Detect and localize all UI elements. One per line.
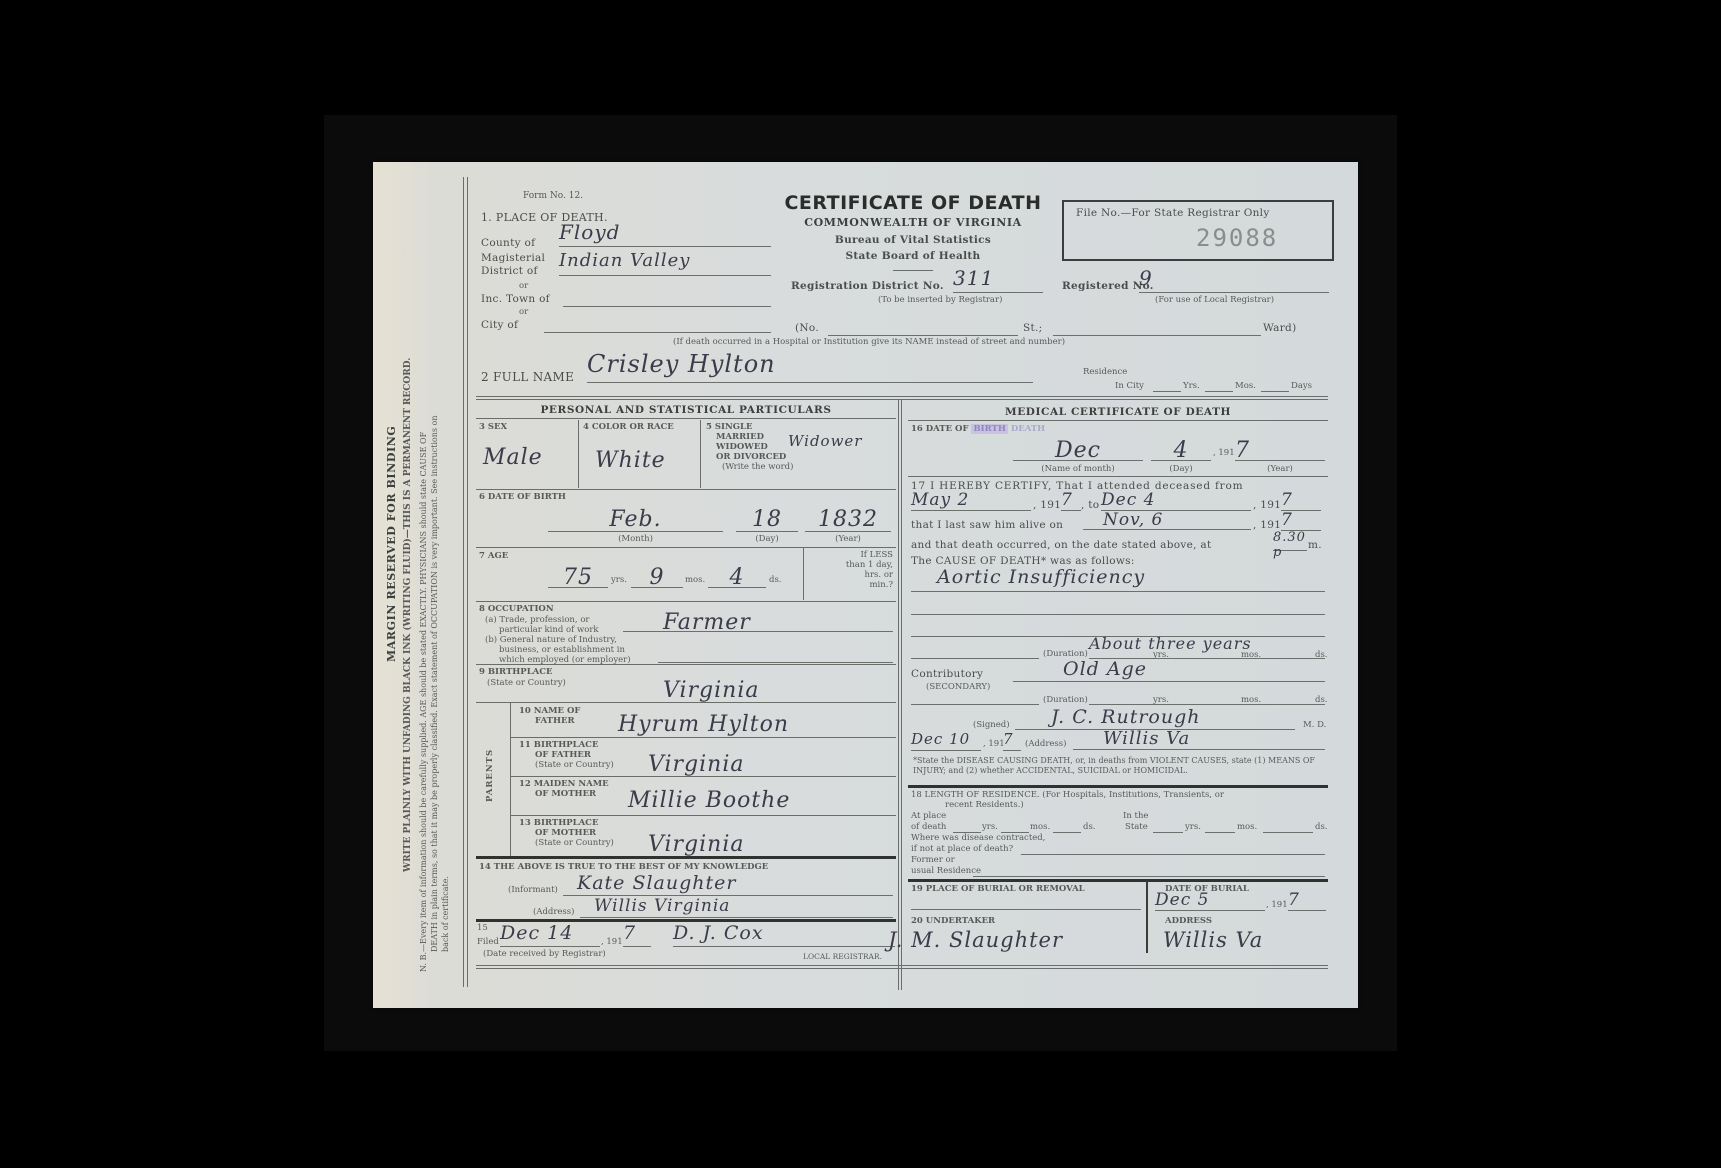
street-st-label: St.; [1023, 322, 1043, 334]
rule-name-bottom [476, 396, 1328, 397]
rule-medical-heading [908, 420, 1328, 421]
age-ds-label: ds. [769, 575, 782, 585]
duration-field[interactable]: About three years [1089, 634, 1325, 659]
marital-status-field[interactable]: Widower [788, 432, 862, 450]
registration-district-note: (To be inserted by Registrar) [878, 295, 1002, 305]
residence-days-label: Days [1291, 381, 1312, 391]
mother-birthplace-label3: (State or Country) [519, 838, 614, 848]
file-number-value: 29088 [1196, 224, 1278, 252]
margin-reserved-text: MARGIN RESERVED FOR BINDING [385, 426, 398, 662]
district-field[interactable]: Indian Valley [559, 250, 771, 276]
age-less-than-day: If LESS than 1 day, hrs. or min.? [809, 550, 893, 590]
dod-day-field[interactable]: 4 [1151, 438, 1211, 461]
place-ds-field[interactable] [1053, 822, 1081, 833]
where-contracted-label2: if not at place of death? [911, 844, 1013, 854]
dob-day-note: (Day) [736, 534, 798, 544]
magisterial-label: Magisterial [481, 252, 545, 264]
filed-year-prefix: , 191 [601, 937, 623, 947]
rule-residence-bottom [908, 879, 1328, 882]
occupation-label: 8 OCCUPATION [479, 604, 554, 614]
dob-year-note: (Year) [805, 534, 891, 544]
less-hrs: hrs. or [809, 570, 893, 580]
former-residence-field[interactable] [973, 866, 1325, 877]
town-label: Inc. Town of [481, 293, 550, 305]
registration-district-label: Registration District No. [791, 280, 944, 292]
mother-name-label: 12 MAIDEN NAME OF MOTHER [519, 779, 609, 799]
filed-label: Filed [477, 937, 499, 947]
sex-field[interactable]: Male [483, 445, 543, 470]
full-name-field[interactable]: Crisley Hylton [587, 350, 1033, 383]
marital-status-options: 5 SINGLE MARRIED WIDOWED OR DIVORCED (Wr… [706, 422, 793, 472]
street-no-label: (No. [795, 322, 819, 334]
contributory-label: Contributory [911, 668, 983, 680]
place-ds: ds. [1083, 822, 1096, 832]
dod-month-note: (Name of month) [1013, 464, 1143, 474]
state-yrs: yrs. [1185, 822, 1201, 832]
father-birthplace-label1: 11 BIRTHPLACE [519, 740, 614, 750]
certificate-title: CERTIFICATE OF DEATH [783, 192, 1043, 214]
death-time-field[interactable]: 8.30 p [1273, 530, 1307, 551]
mother-name-field[interactable]: Millie Boothe [628, 788, 790, 813]
signed-label: (Signed) [973, 720, 1010, 730]
occupation-b-line1: (b) General nature of Industry, [485, 635, 631, 645]
age-yrs-label: yrs. [611, 575, 627, 585]
father-birthplace-label3: (State or Country) [519, 760, 614, 770]
rule-bottom [476, 965, 1328, 966]
dob-day-field[interactable]: 18 [736, 507, 798, 532]
occupation-a-text: (a) Trade, profession, or particular kin… [485, 615, 631, 665]
rule-mother-name [511, 815, 896, 816]
in-city-label: In City [1115, 381, 1144, 391]
parents-divider [510, 703, 511, 858]
dod-year-note: (Year) [1235, 464, 1325, 474]
rule-birthplace-bottom [476, 702, 896, 703]
residence-yrs-field[interactable] [1205, 381, 1233, 392]
city-label: City of [481, 319, 518, 331]
occupation-a-line2: particular kind of work [485, 625, 631, 635]
duration2-ds: ds. [1315, 695, 1328, 705]
mother-birthplace-field[interactable]: Virginia [648, 832, 745, 857]
burial-date-field[interactable]: Dec 5 [1155, 890, 1265, 911]
age-less-divider [803, 548, 804, 600]
burial-place-label: 19 PLACE OF BURIAL OR REMOVAL [911, 884, 1085, 894]
registered-no-note: (For use of Local Registrar) [1155, 295, 1274, 305]
rule-footnote-bottom [908, 785, 1328, 788]
residence-label: Residence [1083, 367, 1127, 377]
signed-year-field[interactable]: 7 [1003, 730, 1021, 751]
city-field[interactable] [544, 318, 771, 333]
cause-of-death-line2[interactable] [911, 592, 1325, 615]
ward-label: Ward) [1263, 322, 1296, 334]
county-label: County of [481, 237, 535, 249]
mother-birthplace-label1: 13 BIRTHPLACE [519, 818, 614, 828]
file-number-box: File No.—For State Registrar Only 29088 [1062, 200, 1334, 261]
in-the-label: In the [1123, 811, 1148, 821]
margin-rule-2 [467, 177, 468, 987]
former-residence-label: Former or [911, 855, 955, 865]
dod-label-text: 16 DATE OF [911, 424, 969, 434]
burial-divider [1146, 881, 1148, 953]
to-year-prefix: , 191 [1253, 499, 1281, 511]
undertaker-field[interactable]: J. M. Slaughter [888, 928, 1063, 952]
birth-stamp-strikeout: BIRTH [971, 424, 1007, 434]
dob-month-field[interactable]: Feb. [548, 507, 723, 532]
dob-year-field[interactable]: 1832 [805, 507, 891, 532]
burial-place-field[interactable] [911, 897, 1141, 910]
father-birthplace-label: 11 BIRTHPLACE OF FATHER (State or Countr… [519, 740, 614, 770]
informant-address-field[interactable]: Willis Virginia [580, 896, 893, 918]
last-saw-label: that I last saw him alive on [911, 519, 1063, 531]
father-name-label: 10 NAME OF FATHER [519, 706, 580, 726]
place-yrs-field[interactable] [953, 822, 981, 833]
former-residence-label2: usual Residence [911, 866, 981, 876]
rule-occupation-bottom [476, 664, 896, 665]
death-time-m: m. [1308, 539, 1322, 551]
ward-field[interactable] [1053, 322, 1261, 336]
place-yrs: yrs. [982, 822, 998, 832]
state-ds-field[interactable] [1263, 822, 1313, 833]
cause-footnote: *State the DISEASE CAUSING DEATH, or, in… [913, 756, 1325, 776]
informant-address-label: (Address) [533, 907, 574, 917]
death-certificate: MARGIN RESERVED FOR BINDING WRITE PLAINL… [373, 162, 1358, 1008]
nb-text-line1: N. B.—Every item of information should b… [419, 432, 428, 972]
dod-month-field[interactable]: Dec [1013, 438, 1143, 461]
option-widowed: WIDOWED [706, 442, 793, 452]
from-year-prefix: , 191 [1033, 499, 1061, 511]
or-text-1: or [519, 281, 528, 291]
hospital-note: (If death occurred in a Hospital or Inst… [673, 337, 1065, 347]
column-divider [898, 400, 899, 990]
rule-parents-bottom [476, 856, 896, 859]
filed-date-field[interactable]: Dec 14 [500, 922, 600, 947]
state-yrs-field[interactable] [1153, 822, 1183, 833]
full-name-label: 2 FULL NAME [481, 370, 574, 384]
state-ds: ds. [1315, 822, 1328, 832]
birthplace-label: 9 BIRTHPLACE [479, 667, 553, 677]
filed-number: 15 [477, 923, 488, 933]
margin-rule [463, 177, 464, 987]
duration2-mos: mos. [1241, 695, 1261, 705]
age-days-field[interactable]: 4 [708, 565, 766, 588]
where-contracted-label: Where was disease contracted, [911, 833, 1045, 843]
option-divorced: OR DIVORCED [706, 452, 793, 462]
bureau: Bureau of Vital Statistics [783, 234, 1043, 246]
rule-age-bottom [476, 601, 896, 602]
rule-bottom-2 [476, 968, 1328, 969]
mother-birthplace-label2: OF MOTHER [519, 828, 614, 838]
mother-name-label2: OF MOTHER [519, 789, 609, 799]
medical-heading: MEDICAL CERTIFICATE OF DEATH [908, 406, 1328, 418]
file-number-label: File No.—For State Registrar Only [1076, 207, 1270, 219]
occupation-a-line1: (a) Trade, profession, or [485, 615, 631, 625]
or-text-2: or [519, 307, 528, 317]
age-months-field[interactable]: 9 [631, 565, 683, 588]
form-number: Form No. 12. [523, 191, 583, 201]
state-mos: mos. [1237, 822, 1257, 832]
informant-label: (Informant) [508, 885, 558, 895]
option-single: 5 SINGLE [706, 422, 793, 432]
parents-label: PARENTS [485, 749, 495, 802]
burial-year-prefix: , 191 [1266, 900, 1288, 910]
street-field[interactable] [828, 322, 1018, 336]
local-registrar-signature[interactable]: D. J. Cox [673, 922, 895, 947]
dod-label: 16 DATE OF BIRTH DEATH [911, 424, 1045, 434]
residence-length-label: 18 LENGTH OF RESIDENCE. (For Hospitals, … [911, 790, 1224, 800]
dob-label: 6 DATE OF BIRTH [479, 492, 566, 502]
birthplace-field[interactable]: Virginia [663, 678, 760, 703]
race-field[interactable]: White [595, 448, 666, 473]
town-field[interactable] [563, 292, 771, 307]
less-line1: If LESS [809, 550, 893, 560]
attended-to-field[interactable]: Dec 4 [1101, 490, 1251, 511]
residence-yrs-label: Yrs. [1183, 381, 1200, 391]
registered-no-field[interactable]: 9 [1139, 266, 1329, 293]
rule-personal-heading [476, 418, 896, 419]
occupation-trade-field[interactable]: Farmer [623, 610, 893, 632]
undertaker-address-field[interactable]: Willis Va [1163, 928, 1263, 952]
dod-year-field[interactable]: 7 [1235, 438, 1325, 461]
duration2-yrs: yrs. [1153, 695, 1169, 705]
death-stamp: DEATH [1011, 424, 1045, 434]
at-place-label: At place [911, 811, 946, 821]
father-birthplace-label2: OF FATHER [519, 750, 614, 760]
physician-signature[interactable]: J. C. Rutrough [1015, 706, 1295, 730]
marital-note: (Write the word) [706, 462, 793, 472]
father-name-label1: 10 NAME OF [519, 706, 580, 716]
death-occurred-label: and that death occurred, on the date sta… [911, 539, 1211, 551]
signed-year-prefix: , 191 [983, 739, 1005, 749]
place-mos-field[interactable] [1001, 822, 1029, 833]
from-year-field[interactable]: 7 [1061, 490, 1081, 511]
district-label: District of [481, 265, 538, 277]
dod-year-prefix: , 191 [1213, 448, 1235, 458]
less-min: min.? [809, 580, 893, 590]
nb-text-line2: DEATH in plain terms, so that it may be … [430, 416, 439, 952]
attended-from-field[interactable]: May 2 [911, 490, 1031, 511]
less-line2: than 1 day, [809, 560, 893, 570]
father-name-label2: FATHER [519, 716, 580, 726]
father-birthplace-field[interactable]: Virginia [648, 752, 745, 777]
occupation-industry-field[interactable] [658, 650, 893, 663]
issuer: COMMONWEALTH OF VIRGINIA [783, 216, 1043, 229]
residence-mos-field[interactable] [1261, 381, 1289, 392]
physician-address-label: (Address) [1025, 739, 1066, 749]
filed-date-note: (Date received by Registrar) [483, 949, 606, 959]
undertaker-address-label: ADDRESS [1165, 916, 1212, 926]
rule-dob-bottom [476, 547, 896, 548]
state-label: State [1125, 822, 1148, 832]
sex-race-divider [578, 420, 579, 488]
mother-name-label1: 12 MAIDEN NAME [519, 779, 609, 789]
local-registrar-label: LOCAL REGISTRAR. [803, 952, 882, 961]
age-mos-label: mos. [685, 575, 705, 585]
rule-sex-bottom [476, 489, 896, 490]
state-mos-field[interactable] [1205, 822, 1235, 833]
father-name-field[interactable]: Hyrum Hylton [618, 712, 789, 737]
sex-label: 3 SEX [479, 422, 507, 432]
duration2-label: (Duration) [1043, 695, 1088, 705]
rule-name-bottom-2 [476, 399, 1328, 400]
place-mos: mos. [1030, 822, 1050, 832]
dob-month-note: (Month) [548, 534, 723, 544]
secondary-label: (SECONDARY) [926, 682, 990, 692]
residence-length-label2: recent Residents.) [945, 800, 1024, 810]
undertaker-label: 20 UNDERTAKER [911, 916, 995, 926]
race-marital-divider [700, 420, 701, 488]
of-death-label: of death [911, 822, 946, 832]
county-field[interactable]: Floyd [559, 220, 771, 247]
column-divider-2 [901, 400, 902, 990]
board: State Board of Health [783, 250, 1043, 262]
informant-heading: 14 THE ABOVE IS TRUE TO THE BEST OF MY K… [479, 862, 768, 872]
physician-address-field[interactable]: Willis Va [1073, 728, 1325, 750]
dod-day-note: (Day) [1151, 464, 1211, 474]
contributory-field[interactable]: Old Age [1013, 658, 1325, 682]
mother-birthplace-label: 13 BIRTHPLACE OF MOTHER (State or Countr… [519, 818, 614, 848]
rule-dod-bottom [908, 476, 1328, 477]
occupation-b-line2: business, or establishment in [485, 645, 631, 655]
birthplace-sub: (State or Country) [487, 678, 566, 688]
signed-date-field[interactable]: Dec 10 [911, 730, 981, 751]
in-city-field[interactable] [1153, 381, 1181, 392]
write-plainly-text: WRITE PLAINLY WITH UNFADING BLACK INK (W… [403, 358, 413, 872]
duration2-blank [911, 692, 1039, 705]
to-year-field[interactable]: 7 [1281, 490, 1321, 511]
cause-of-death-field[interactable]: Aortic Insufficiency [911, 566, 1325, 592]
race-label: 4 COLOR OR RACE [583, 422, 674, 432]
option-married: MARRIED [706, 432, 793, 442]
informant-field[interactable]: Kate Slaughter [563, 872, 893, 896]
residence-mos-label: Mos. [1235, 381, 1256, 391]
last-saw-year-field[interactable]: 7 [1281, 510, 1321, 531]
duration2-field[interactable] [1089, 692, 1325, 705]
rule-father-name [511, 737, 896, 738]
registration-district-field[interactable]: 311 [953, 266, 1043, 293]
personal-heading: PERSONAL AND STATISTICAL PARTICULARS [476, 404, 896, 416]
header-divider [893, 270, 933, 271]
rule-father-birthplace [511, 776, 896, 777]
age-label: 7 AGE [479, 551, 508, 561]
where-contracted-field[interactable] [1021, 844, 1325, 855]
filed-year-field[interactable]: 7 [623, 922, 651, 947]
burial-year-field[interactable]: 7 [1288, 890, 1326, 911]
age-years-field[interactable]: 75 [548, 565, 608, 588]
last-saw-field[interactable]: Nov, 6 [1083, 510, 1251, 530]
nb-text-line3: back of certificate. [441, 876, 450, 952]
